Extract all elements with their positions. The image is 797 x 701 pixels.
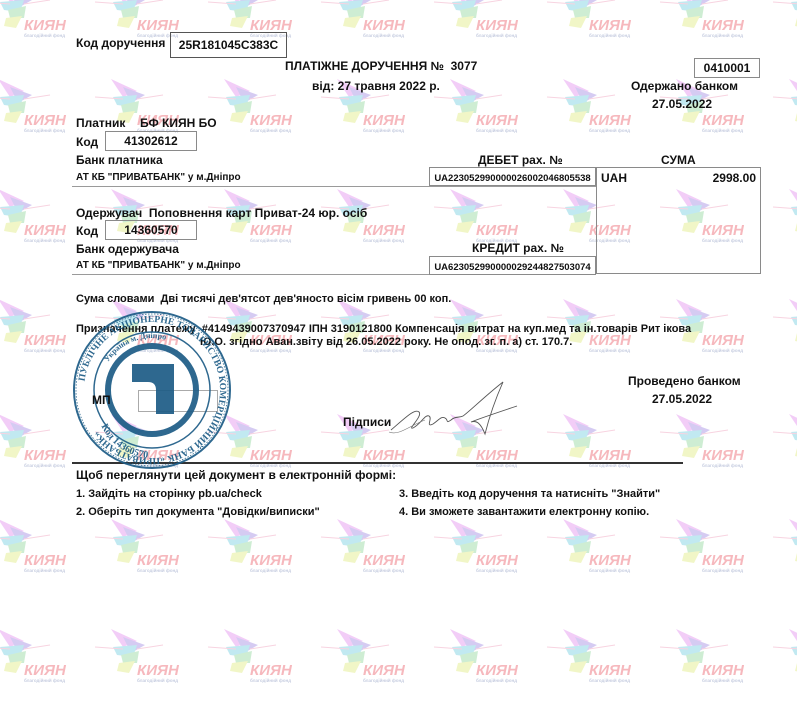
instruction-step-4: 4. Ви зможете завантажити електронну коп… (399, 506, 649, 518)
svg-text:КИЯН: КИЯН (702, 662, 745, 679)
kiyan-watermark-logo: КИЯН благодійний фонд (0, 625, 70, 683)
kiyan-watermark-logo: КИЯН благодійний фонд (771, 75, 797, 133)
kiyan-watermark-logo: КИЯН благодійний фонд (545, 625, 635, 683)
svg-text:благодійний фонд: благодійний фонд (363, 32, 404, 38)
svg-text:КИЯН: КИЯН (589, 662, 632, 679)
document-number: 3077 (451, 59, 478, 73)
amount-value: 2998.00 (713, 171, 756, 185)
kiyan-watermark-logo: КИЯН благодійний фонд (658, 410, 748, 468)
kiyan-watermark-logo: КИЯН благодійний фонд (771, 185, 797, 243)
svg-text:благодійний фонд: благодійний фонд (363, 237, 404, 243)
bank-stamp-icon: ПУБЛІЧНЕ АКЦІОНЕРНЕ ТОВАРИСТВО КОМЕРЦІЙН… (72, 310, 232, 470)
debit-account-box: UA223052990000026002046805538 (429, 167, 596, 186)
svg-text:благодійний фонд: благодійний фонд (363, 567, 404, 573)
svg-text:благодійний фонд: благодійний фонд (24, 347, 65, 353)
kiyan-watermark-logo: КИЯН благодійний фонд (545, 515, 635, 573)
kiyan-watermark-logo: КИЯН благодійний фонд (432, 515, 522, 573)
instruction-step-3: 3. Введіть код доручення та натисніть "З… (399, 488, 660, 500)
svg-text:благодійний фонд: благодійний фонд (476, 32, 517, 38)
debit-account: UA223052990000026002046805538 (434, 173, 590, 184)
svg-text:благодійний фонд: благодійний фонд (589, 127, 630, 133)
kiyan-watermark-logo: КИЯН благодійний фонд (771, 515, 797, 573)
svg-text:благодійний фонд: благодійний фонд (702, 347, 743, 353)
kiyan-watermark-logo: КИЯН благодійний фонд (319, 0, 409, 38)
kiyan-watermark-logo: КИЯН благодійний фонд (319, 625, 409, 683)
received-date: 27.05.2022 (652, 97, 712, 111)
svg-text:КИЯН: КИЯН (702, 332, 745, 349)
purpose-text-1: #4149439007370947 ІПН 3190121800 Компенс… (202, 323, 691, 335)
form-code-value: 0410001 (704, 61, 751, 75)
order-code-box: 25R181045C383C (170, 32, 287, 58)
title-prefix: ПЛАТІЖНЕ ДОРУЧЕННЯ № (285, 59, 444, 73)
kiyan-watermark-logo: КИЯН благодійний фонд (0, 75, 70, 133)
svg-text:КИЯН: КИЯН (24, 447, 67, 464)
kiyan-watermark-logo: КИЯН благодійний фонд (658, 625, 748, 683)
svg-text:КИЯН: КИЯН (250, 112, 293, 129)
recipient-bank-name: АТ КБ "ПРИВАТБАНК" у м.Дніпро (76, 260, 241, 271)
svg-text:КИЯН: КИЯН (476, 552, 519, 569)
recipient-code-box: 14360570 (105, 220, 197, 240)
svg-text:благодійний фонд: благодійний фонд (24, 237, 65, 243)
amount-currency: UAH (601, 171, 627, 185)
kiyan-watermark-logo: КИЯН благодійний фонд (432, 625, 522, 683)
svg-text:благодійний фонд: благодійний фонд (24, 127, 65, 133)
kiyan-watermark-logo: КИЯН благодійний фонд (319, 515, 409, 573)
svg-text:КИЯН: КИЯН (363, 112, 406, 129)
kiyan-watermark-logo: КИЯН благодійний фонд (432, 75, 522, 133)
kiyan-watermark-logo: КИЯН благодійний фонд (206, 515, 296, 573)
svg-text:КИЯН: КИЯН (24, 112, 67, 129)
kiyan-watermark-logo: КИЯН благодійний фонд (771, 625, 797, 683)
svg-text:благодійний фонд: благодійний фонд (702, 127, 743, 133)
svg-text:благодійний фонд: благодійний фонд (702, 677, 743, 683)
recipient-label: Одержувач (76, 206, 142, 220)
svg-text:благодійний фонд: благодійний фонд (702, 32, 743, 38)
svg-text:КИЯН: КИЯН (24, 332, 67, 349)
recipient-bank-label: Банк одержувача (76, 242, 179, 256)
payer-bank-name: АТ КБ "ПРИВАТБАНК" у м.Дніпро (76, 172, 241, 183)
recipient-line: Одержувач Поповнення карт Приват-24 юр. … (76, 206, 367, 220)
order-code-value: 25R181045C383C (179, 38, 278, 52)
processed-label: Проведено банком (628, 374, 741, 388)
kiyan-watermark-logo: КИЯН благодійний фонд (545, 75, 635, 133)
form-code-box: 0410001 (694, 58, 760, 78)
kiyan-watermark-logo: КИЯН благодійний фонд (432, 0, 522, 38)
svg-text:КИЯН: КИЯН (137, 662, 180, 679)
svg-text:КИЯН: КИЯН (702, 552, 745, 569)
kiyan-watermark-logo: КИЯН благодійний фонд (206, 625, 296, 683)
kiyan-watermark-logo: КИЯН благодійний фонд (206, 75, 296, 133)
svg-text:КИЯН: КИЯН (476, 222, 519, 239)
kiyan-watermark-logo: КИЯН благодійний фонд (771, 0, 797, 38)
kiyan-watermark-logo: КИЯН благодійний фонд (93, 625, 183, 683)
svg-text:благодійний фонд: благодійний фонд (250, 237, 291, 243)
signature-icon (385, 378, 535, 448)
document-title: ПЛАТІЖНЕ ДОРУЧЕННЯ № 3077 (285, 59, 477, 73)
amount-box: UAH 2998.00 (596, 167, 761, 274)
amount-words-text: Дві тисячі дев'ятсот дев'яносто вісім гр… (161, 293, 452, 305)
svg-text:благодійний фонд: благодійний фонд (250, 677, 291, 683)
order-code-label: Код доручення (76, 36, 165, 50)
payer-label: Платник (76, 116, 125, 130)
payer-code-label: Код (76, 135, 98, 149)
svg-text:благодійний фонд: благодійний фонд (137, 567, 178, 573)
svg-text:благодійний фонд: благодійний фонд (250, 567, 291, 573)
svg-text:КИЯН: КИЯН (589, 552, 632, 569)
kiyan-watermark-logo: КИЯН благодійний фонд (93, 515, 183, 573)
svg-text:КИЯН: КИЯН (363, 222, 406, 239)
svg-text:благодійний фонд: благодійний фонд (702, 567, 743, 573)
kiyan-watermark-logo: КИЯН благодійний фонд (0, 0, 70, 38)
svg-text:КИЯН: КИЯН (363, 662, 406, 679)
svg-text:благодійний фонд: благодійний фонд (589, 567, 630, 573)
kiyan-watermark-logo: КИЯН благодійний фонд (0, 515, 70, 573)
svg-text:благодійний фонд: благодійний фонд (476, 677, 517, 683)
payer-bank-label: Банк платника (76, 153, 163, 167)
kiyan-watermark-logo: КИЯН благодійний фонд (0, 185, 70, 243)
payer-name: БФ КИЯН БО (140, 116, 217, 130)
amount-label: СУМА (661, 153, 696, 167)
svg-text:КИЯН: КИЯН (589, 17, 632, 34)
recipient-code: 14360570 (124, 223, 177, 237)
svg-text:КИЯН: КИЯН (363, 552, 406, 569)
svg-text:благодійний фонд: благодійний фонд (589, 32, 630, 38)
svg-text:благодійний фонд: благодійний фонд (589, 347, 630, 353)
credit-account-box: UA623052990000029244827503074 (429, 256, 596, 275)
credit-label: КРЕДИТ рах. № (472, 241, 564, 255)
recipient-code-label: Код (76, 224, 98, 238)
svg-text:КИЯН: КИЯН (476, 17, 519, 34)
svg-text:благодійний фонд: благодійний фонд (363, 127, 404, 133)
amount-words-line: Сума словами Дві тисячі дев'ятсот дев'ян… (76, 293, 451, 305)
svg-text:КИЯН: КИЯН (476, 112, 519, 129)
instruction-step-2: 2. Оберіть тип документа "Довідки/виписк… (76, 506, 320, 518)
kiyan-watermark-logo: КИЯН благодійний фонд (545, 0, 635, 38)
amount-words-label: Сума словами (76, 293, 154, 305)
purpose-text-2: Ю.О. згідно Аван.звіту від 26.05.2022 ро… (200, 336, 572, 348)
svg-text:благодійний фонд: благодійний фонд (589, 677, 630, 683)
received-label: Одержано банком (631, 79, 738, 93)
svg-text:КИЯН: КИЯН (250, 222, 293, 239)
payer-code: 41302612 (124, 134, 177, 148)
svg-text:благодійний фонд: благодійний фонд (24, 567, 65, 573)
kiyan-watermark-logo: КИЯН благодійний фонд (0, 410, 70, 468)
credit-account: UA623052990000029244827503074 (434, 262, 590, 273)
svg-text:КИЯН: КИЯН (702, 112, 745, 129)
svg-text:благодійний фонд: благодійний фонд (702, 462, 743, 468)
kiyan-watermark-logo: КИЯН благодійний фонд (658, 515, 748, 573)
debit-separator-line (72, 186, 596, 187)
instruction-step-1: 1. Зайдіть на сторінку pb.ua/check (76, 488, 262, 500)
svg-text:КИЯН: КИЯН (24, 662, 67, 679)
processed-date: 27.05.2022 (652, 392, 712, 406)
svg-text:КИЯН: КИЯН (137, 552, 180, 569)
svg-text:благодійний фонд: благодійний фонд (24, 677, 65, 683)
svg-text:благодійний фонд: благодійний фонд (476, 567, 517, 573)
svg-text:благодійний фонд: благодійний фонд (137, 677, 178, 683)
svg-text:КИЯН: КИЯН (363, 17, 406, 34)
kiyan-watermark-logo: КИЯН благодійний фонд (658, 0, 748, 38)
svg-text:благодійний фонд: благодійний фонд (24, 462, 65, 468)
kiyan-watermark-logo: КИЯН благодійний фонд (771, 295, 797, 353)
kiyan-watermark-logo: КИЯН благодійний фонд (771, 410, 797, 468)
svg-text:КИЯН: КИЯН (250, 552, 293, 569)
svg-text:КИЯН: КИЯН (589, 112, 632, 129)
document-date: від: 27 травня 2022 р. (312, 79, 440, 93)
kiyan-watermark-logo: КИЯН благодійний фонд (432, 185, 522, 243)
recipient-name: Поповнення карт Приват-24 юр. осіб (149, 206, 367, 220)
svg-text:благодійний фонд: благодійний фонд (250, 127, 291, 133)
kiyan-watermark-logo: КИЯН благодійний фонд (545, 410, 635, 468)
debit-label: ДЕБЕТ рах. № (478, 153, 563, 167)
payer-code-box: 41302612 (105, 131, 197, 151)
instructions-heading: Щоб переглянути цей документ в електронн… (76, 468, 396, 482)
svg-text:КИЯН: КИЯН (702, 17, 745, 34)
svg-text:КИЯН: КИЯН (476, 662, 519, 679)
kiyan-watermark-logo: КИЯН благодійний фонд (0, 295, 70, 353)
svg-text:КИЯН: КИЯН (24, 552, 67, 569)
svg-text:КИЯН: КИЯН (702, 447, 745, 464)
svg-text:КИЯН: КИЯН (24, 17, 67, 34)
svg-text:благодійний фонд: благодійний фонд (24, 32, 65, 38)
svg-text:КИЯН: КИЯН (250, 662, 293, 679)
svg-text:благодійний фонд: благодійний фонд (363, 677, 404, 683)
svg-text:благодійний фонд: благодійний фонд (476, 127, 517, 133)
recipient-bank-underline (72, 274, 430, 275)
svg-text:КИЯН: КИЯН (24, 222, 67, 239)
mp-label: МП (92, 393, 111, 407)
